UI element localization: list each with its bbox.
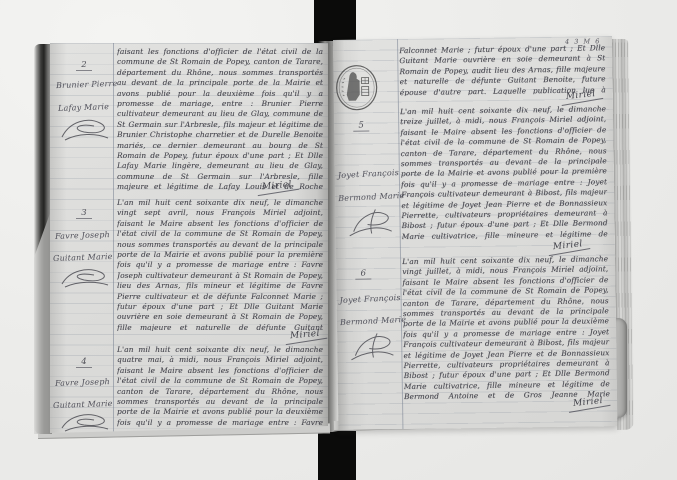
margin-name: Favre Joseph	[55, 377, 110, 388]
act-number: 5	[353, 121, 369, 132]
paraph-flourish-icon	[347, 329, 397, 364]
right-page: 4 3 M 6 5 Joyet François Bermond Marie 6…	[333, 36, 617, 430]
margin-name: Brunier Pierre	[56, 79, 118, 90]
scanned-register-spread: 2 Brunier Pierre Lafay Marie 3 Favre Jos…	[0, 0, 677, 480]
margin-name: Joyet François	[338, 168, 399, 180]
margin-name: Guitant Marie	[53, 252, 113, 263]
marriage-publication-act: faisant les fonctions d'officier de l'ét…	[117, 47, 323, 193]
margin-name: Favre Joseph	[55, 230, 110, 241]
paraph-flourish-icon	[58, 411, 114, 435]
act-number: 4	[76, 357, 92, 368]
officer-signature: Miriel	[290, 329, 321, 342]
margin-name: Guitant Marie	[53, 399, 113, 410]
scanner-gap-bottom	[318, 431, 356, 480]
act-number: 2	[76, 60, 92, 71]
officer-signature: Miriel	[573, 396, 604, 409]
marriage-publication-act: L'an mil huit cent soixante dix neuf, le…	[400, 104, 608, 241]
margin-name: Lafay Marie	[58, 102, 109, 113]
marriage-publication-act: L'an mil huit cent soixante dix neuf, le…	[117, 345, 323, 429]
marriage-publication-act: L'an mil huit cent soixante dix neuf, le…	[402, 254, 610, 401]
officer-signature: Miriel	[262, 180, 293, 193]
margin-name: Joyet François	[339, 293, 400, 305]
margin-name: Bermond Marie	[340, 315, 407, 327]
paraph-flourish-icon	[58, 115, 114, 145]
paraph-flourish-icon	[345, 205, 395, 240]
officer-signature: Miriel	[565, 89, 596, 102]
act-number: 6	[355, 268, 371, 279]
revenue-stamp-seal	[334, 63, 379, 112]
book-left-fore-edge	[34, 44, 52, 434]
left-page: 2 Brunier Pierre Lafay Marie 3 Favre Jos…	[50, 43, 328, 433]
officer-signature: Miriel	[553, 239, 584, 252]
margin-rule	[113, 43, 114, 433]
margin-name: Bermond Marie	[338, 191, 405, 203]
act-number: 3	[76, 208, 92, 219]
marriage-publication-act: L'an mil huit cent soixante dix neuf, le…	[117, 198, 323, 331]
paraph-flourish-icon	[58, 265, 114, 291]
marriage-publication-act: Falconnet Marie ; futur époux d'une part…	[399, 43, 606, 96]
